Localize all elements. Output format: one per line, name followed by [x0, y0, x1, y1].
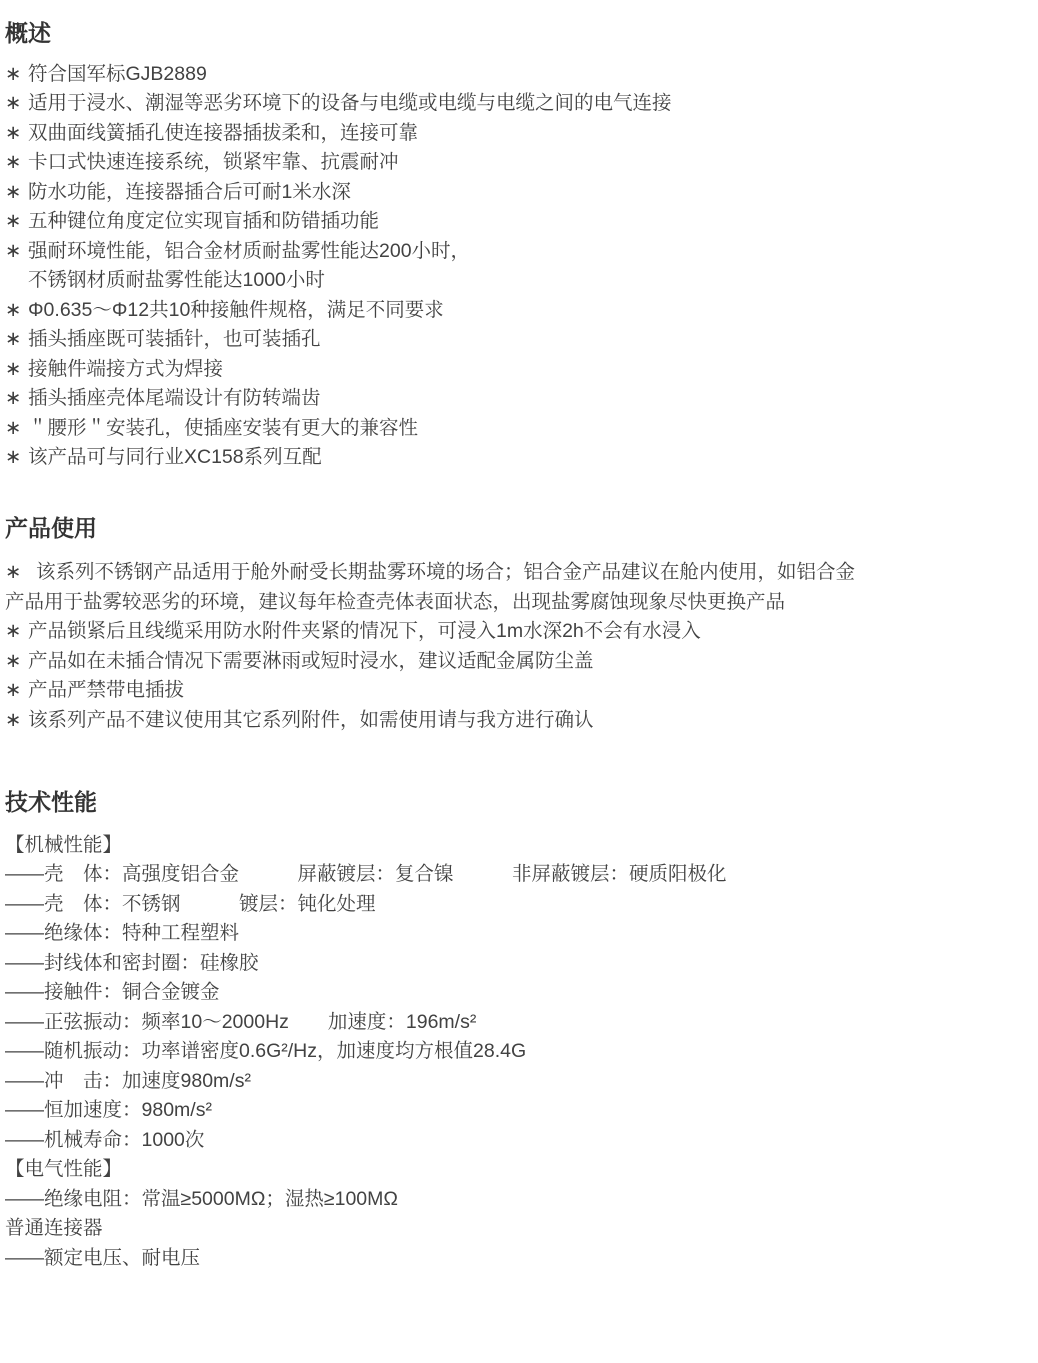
- tech-heading: 技术性能: [5, 789, 1028, 817]
- bullet-marker: ∗: [5, 443, 28, 473]
- list-item: ∗ 强耐环境性能，铝合金材质耐盐雾性能达200小时，: [5, 237, 1028, 267]
- document-page: 概述 ∗ 符合国军标GJB2889 ∗ 适用于浸水、潮湿等恶劣环境下的设备与电缆…: [0, 0, 1038, 1273]
- list-item: ∗ 插头插座壳体尾端设计有防转端齿: [5, 384, 1028, 414]
- spec-line: ——正弦振动：频率10～2000Hz 加速度：196m/s²: [5, 1008, 1028, 1038]
- list-item: ∗ 产品锁紧后且线缆采用防水附件夹紧的情况下，可浸入1m水深2h不会有水浸入: [5, 617, 1028, 647]
- bullet-text: 该产品可与同行业XC158系列互配: [28, 443, 322, 473]
- bullet-marker: ∗: [5, 414, 28, 444]
- section-usage: 产品使用 ∗ 该系列不锈钢产品适用于舱外耐受长期盐雾环境的场合；铝合金产品建议在…: [5, 515, 1028, 736]
- bullet-text: 适用于浸水、潮湿等恶劣环境下的设备与电缆或电缆与电缆之间的电气连接: [28, 89, 672, 119]
- bullet-marker: ∗: [5, 237, 28, 267]
- bullet-text: 插头插座壳体尾端设计有防转端齿: [28, 384, 321, 414]
- overview-bullet-list: ∗ 符合国军标GJB2889 ∗ 适用于浸水、潮湿等恶劣环境下的设备与电缆或电缆…: [5, 60, 1028, 473]
- list-item: ∗ 双曲面线簧插孔使连接器插拔柔和，连接可靠: [5, 119, 1028, 149]
- list-item: ∗ Φ0.635～Φ12共10种接触件规格，满足不同要求: [5, 296, 1028, 326]
- spec-line: ——壳 体：高强度铝合金 屏蔽镀层：复合镍 非屏蔽镀层：硬质阳极化: [5, 860, 1028, 890]
- list-item: ∗ 防水功能，连接器插合后可耐1米水深: [5, 178, 1028, 208]
- list-item: ∗ 卡口式快速连接系统，锁紧牢靠、抗震耐冲: [5, 148, 1028, 178]
- section-overview: 概述 ∗ 符合国军标GJB2889 ∗ 适用于浸水、潮湿等恶劣环境下的设备与电缆…: [5, 20, 1028, 473]
- bullet-marker: ∗: [5, 89, 28, 119]
- list-item: ∗ 产品如在未插合情况下需要淋雨或短时浸水，建议适配金属防尘盖: [5, 647, 1028, 677]
- list-item: ∗ ＂腰形＂安装孔，使插座安装有更大的兼容性: [5, 414, 1028, 444]
- list-item: ∗ 产品严禁带电插拔: [5, 676, 1028, 706]
- bullet-marker: ∗: [5, 325, 28, 355]
- bullet-text: 强耐环境性能，铝合金材质耐盐雾性能达200小时，: [28, 237, 470, 267]
- list-item: ∗ 该系列不锈钢产品适用于舱外耐受长期盐雾环境的场合；铝合金产品建议在舱内使用，…: [5, 558, 1028, 588]
- bullet-text: 该系列不锈钢产品适用于舱外耐受长期盐雾环境的场合；铝合金产品建议在舱内使用，如铝…: [36, 558, 855, 588]
- bullet-marker: ∗: [5, 119, 28, 149]
- bullet-marker: ∗: [5, 355, 28, 385]
- spec-group-header: 【机械性能】: [5, 831, 1028, 861]
- spec-line: ——封线体和密封圈：硅橡胶: [5, 949, 1028, 979]
- bullet-text: 符合国军标GJB2889: [28, 60, 207, 90]
- usage-bullet-list: ∗ 该系列不锈钢产品适用于舱外耐受长期盐雾环境的场合；铝合金产品建议在舱内使用，…: [5, 558, 1028, 735]
- list-item: ∗ 适用于浸水、潮湿等恶劣环境下的设备与电缆或电缆与电缆之间的电气连接: [5, 89, 1028, 119]
- bullet-marker: ∗: [5, 296, 28, 326]
- tech-spec-list: 【机械性能】 ——壳 体：高强度铝合金 屏蔽镀层：复合镍 非屏蔽镀层：硬质阳极化…: [5, 831, 1028, 1274]
- spec-line: ——绝缘体：特种工程塑料: [5, 919, 1028, 949]
- spec-line: ——额定电压、耐电压: [5, 1244, 1028, 1274]
- list-item: ∗ 符合国军标GJB2889: [5, 60, 1028, 90]
- bullet-marker: ∗: [5, 706, 28, 736]
- bullet-text: 防水功能，连接器插合后可耐1米水深: [28, 178, 351, 208]
- list-item: ∗ 插头插座既可装插针，也可装插孔: [5, 325, 1028, 355]
- bullet-marker: ∗: [5, 384, 28, 414]
- bullet-text: Φ0.635～Φ12共10种接触件规格，满足不同要求: [28, 296, 444, 326]
- spec-line: ——壳 体：不锈钢 镀层：钝化处理: [5, 890, 1028, 920]
- bullet-continuation-text: 不锈钢材质耐盐雾性能达1000小时: [28, 266, 1028, 296]
- spec-line: ——冲 击：加速度980m/s²: [5, 1067, 1028, 1097]
- list-item: ∗ 该系列产品不建议使用其它系列附件，如需使用请与我方进行确认: [5, 706, 1028, 736]
- bullet-marker: ∗: [5, 60, 28, 90]
- bullet-text: 五种键位角度定位实现盲插和防错插功能: [28, 207, 379, 237]
- list-item: ∗ 接触件端接方式为焊接: [5, 355, 1028, 385]
- bullet-text: 产品如在未插合情况下需要淋雨或短时浸水，建议适配金属防尘盖: [28, 647, 594, 677]
- bullet-text: 产品锁紧后且线缆采用防水附件夹紧的情况下，可浸入1m水深2h不会有水浸入: [28, 617, 701, 647]
- overview-heading: 概述: [5, 20, 1028, 48]
- section-tech: 技术性能 【机械性能】 ——壳 体：高强度铝合金 屏蔽镀层：复合镍 非屏蔽镀层：…: [5, 789, 1028, 1273]
- spec-line: ——恒加速度：980m/s²: [5, 1096, 1028, 1126]
- bullet-continuation-text: 产品用于盐雾较恶劣的环境，建议每年检查壳体表面状态，出现盐雾腐蚀现象尽快更换产品: [5, 588, 1028, 618]
- spec-line: ——接触件：铜合金镀金: [5, 978, 1028, 1008]
- usage-heading: 产品使用: [5, 515, 1028, 543]
- bullet-text: 双曲面线簧插孔使连接器插拔柔和，连接可靠: [28, 119, 418, 149]
- spec-line: ——绝缘电阻：常温≥5000MΩ；湿热≥100MΩ: [5, 1185, 1028, 1215]
- bullet-marker: ∗: [5, 178, 28, 208]
- spec-group-header: 【电气性能】: [5, 1155, 1028, 1185]
- bullet-marker: ∗: [5, 647, 28, 677]
- list-item: ∗ 该产品可与同行业XC158系列互配: [5, 443, 1028, 473]
- bullet-text: 卡口式快速连接系统，锁紧牢靠、抗震耐冲: [28, 148, 399, 178]
- bullet-text: 接触件端接方式为焊接: [28, 355, 223, 385]
- spec-line: ——随机振动：功率谱密度0.6G²/Hz，加速度均方根值28.4G: [5, 1037, 1028, 1067]
- spec-line: 普通连接器: [5, 1214, 1028, 1244]
- bullet-text: 插头插座既可装插针，也可装插孔: [28, 325, 321, 355]
- bullet-marker: ∗: [5, 558, 28, 588]
- list-item: ∗ 五种键位角度定位实现盲插和防错插功能: [5, 207, 1028, 237]
- bullet-marker: ∗: [5, 207, 28, 237]
- bullet-text: 该系列产品不建议使用其它系列附件，如需使用请与我方进行确认: [28, 706, 594, 736]
- bullet-marker: ∗: [5, 676, 28, 706]
- bullet-marker: ∗: [5, 617, 28, 647]
- bullet-text: 产品严禁带电插拔: [28, 676, 184, 706]
- spec-line: ——机械寿命：1000次: [5, 1126, 1028, 1156]
- bullet-marker: ∗: [5, 148, 28, 178]
- bullet-text: ＂腰形＂安装孔，使插座安装有更大的兼容性: [28, 414, 418, 444]
